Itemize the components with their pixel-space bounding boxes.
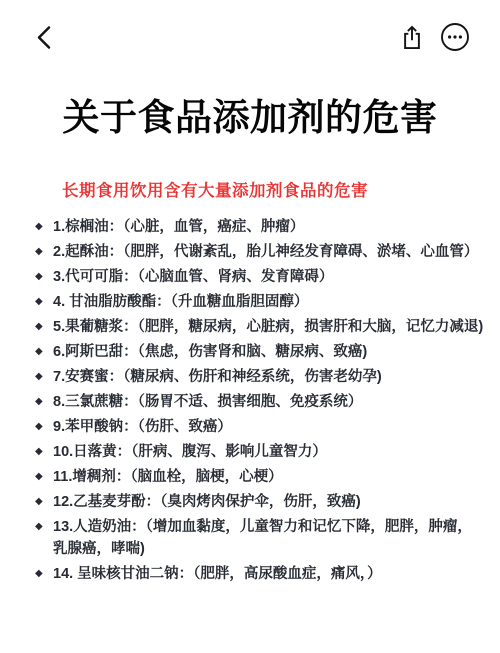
diamond-bullet-icon: ◆ (35, 416, 53, 438)
note-page: 关于食品添加剂的危害 长期食用饮用含有大量添加剂食品的危害 ◆ 1.棕榈油：（心… (0, 0, 500, 653)
diamond-bullet-icon: ◆ (35, 563, 53, 585)
list-item: ◆ 2.起酥油：（肥胖，代谢紊乱，胎儿神经发育障碍、淤堵、心血管） (35, 241, 484, 263)
share-button[interactable] (401, 24, 423, 51)
list-item-text: 8.三氯蔗糖：（肠胃不适、损害细胞、免疫系统） (53, 391, 484, 413)
diamond-bullet-icon: ◆ (35, 366, 53, 388)
list-item-text: 12.乙基麦芽酚：（臭肉烤肉保护伞，伤肝，致癌) (53, 491, 484, 513)
list-item: ◆ 12.乙基麦芽酚：（臭肉烤肉保护伞，伤肝，致癌) (35, 491, 484, 513)
diamond-bullet-icon: ◆ (35, 341, 53, 363)
more-options-button[interactable] (440, 22, 470, 52)
diamond-bullet-icon: ◆ (35, 491, 53, 513)
list-item: ◆ 5.果葡糖浆：（肥胖，糖尿病，心脏病，损害肝和大脑，记忆力减退) (35, 316, 484, 338)
list-item: ◆ 10.日落黄：（肝病、腹泻、影响儿童智力） (35, 441, 484, 463)
list-item: ◆ 13.人造奶油：（增加血黏度，儿童智力和记忆下降，肥胖，肿瘤，乳腺癌，哮喘) (35, 516, 484, 560)
back-button[interactable] (32, 24, 58, 51)
list-item-text: 14. 呈味核甘油二钠：（肥胖，高尿酸血症，痛风，） (53, 563, 484, 585)
diamond-bullet-icon: ◆ (35, 391, 53, 413)
ellipsis-circle-icon (440, 22, 470, 52)
chevron-left-icon (32, 24, 58, 51)
list-item-text: 11.增稠剂：（脑血栓，脑梗，心梗） (53, 466, 484, 488)
diamond-bullet-icon: ◆ (35, 316, 53, 338)
page-title: 关于食品添加剂的危害 (10, 96, 490, 140)
list-item-text: 6.阿斯巴甜：（焦虑，伤害肾和脑、糖尿病、致癌) (53, 341, 484, 363)
subtitle: 长期食用饮用含有大量添加剂食品的危害 (62, 177, 500, 201)
diamond-bullet-icon: ◆ (35, 466, 53, 488)
list-item-text: 13.人造奶油：（增加血黏度，儿童智力和记忆下降，肥胖，肿瘤，乳腺癌，哮喘) (53, 516, 484, 560)
list-item-text: 9.苯甲酸钠：（伤肝、致癌） (53, 416, 484, 438)
list-item-text: 4. 甘油脂肪酸酯：（升血糖血脂胆固醇） (53, 291, 484, 313)
list-item: ◆ 7.安赛蜜：（糖尿病、伤肝和神经系统，伤害老幼孕) (35, 366, 484, 388)
list-item: ◆ 8.三氯蔗糖：（肠胃不适、损害细胞、免疫系统） (35, 391, 484, 413)
top-nav-bar (0, 0, 500, 52)
list-item: ◆ 9.苯甲酸钠：（伤肝、致癌） (35, 416, 484, 438)
list-item: ◆ 6.阿斯巴甜：（焦虑，伤害肾和脑、糖尿病、致癌) (35, 341, 484, 363)
diamond-bullet-icon: ◆ (35, 516, 53, 538)
topbar-actions (401, 22, 470, 52)
list-item-text: 1.棕榈油：（心脏，血管，癌症、肿瘤） (53, 216, 484, 238)
diamond-bullet-icon: ◆ (35, 441, 53, 463)
list-item: ◆ 1.棕榈油：（心脏，血管，癌症、肿瘤） (35, 216, 484, 238)
diamond-bullet-icon: ◆ (35, 291, 53, 313)
diamond-bullet-icon: ◆ (35, 266, 53, 288)
list-item: ◆ 11.增稠剂：（脑血栓，脑梗，心梗） (35, 466, 484, 488)
list-item-text: 7.安赛蜜：（糖尿病、伤肝和神经系统，伤害老幼孕) (53, 366, 484, 388)
diamond-bullet-icon: ◆ (35, 216, 53, 238)
list-item: ◆ 4. 甘油脂肪酸酯：（升血糖血脂胆固醇） (35, 291, 484, 313)
list-item-text: 3.代可可脂：（心脑血管、肾病、发育障碍） (53, 266, 484, 288)
share-icon (401, 24, 423, 51)
list-item: ◆ 14. 呈味核甘油二钠：（肥胖，高尿酸血症，痛风，） (35, 563, 484, 585)
list-item-text: 10.日落黄：（肝病、腹泻、影响儿童智力） (53, 441, 484, 463)
diamond-bullet-icon: ◆ (35, 241, 53, 263)
list-item: ◆ 3.代可可脂：（心脑血管、肾病、发育障碍） (35, 266, 484, 288)
additives-list: ◆ 1.棕榈油：（心脏，血管，癌症、肿瘤） ◆ 2.起酥油：（肥胖，代谢紊乱，胎… (35, 216, 484, 585)
list-item-text: 2.起酥油：（肥胖，代谢紊乱，胎儿神经发育障碍、淤堵、心血管） (53, 241, 484, 263)
list-item-text: 5.果葡糖浆：（肥胖，糖尿病，心脏病，损害肝和大脑，记忆力减退) (53, 316, 484, 338)
